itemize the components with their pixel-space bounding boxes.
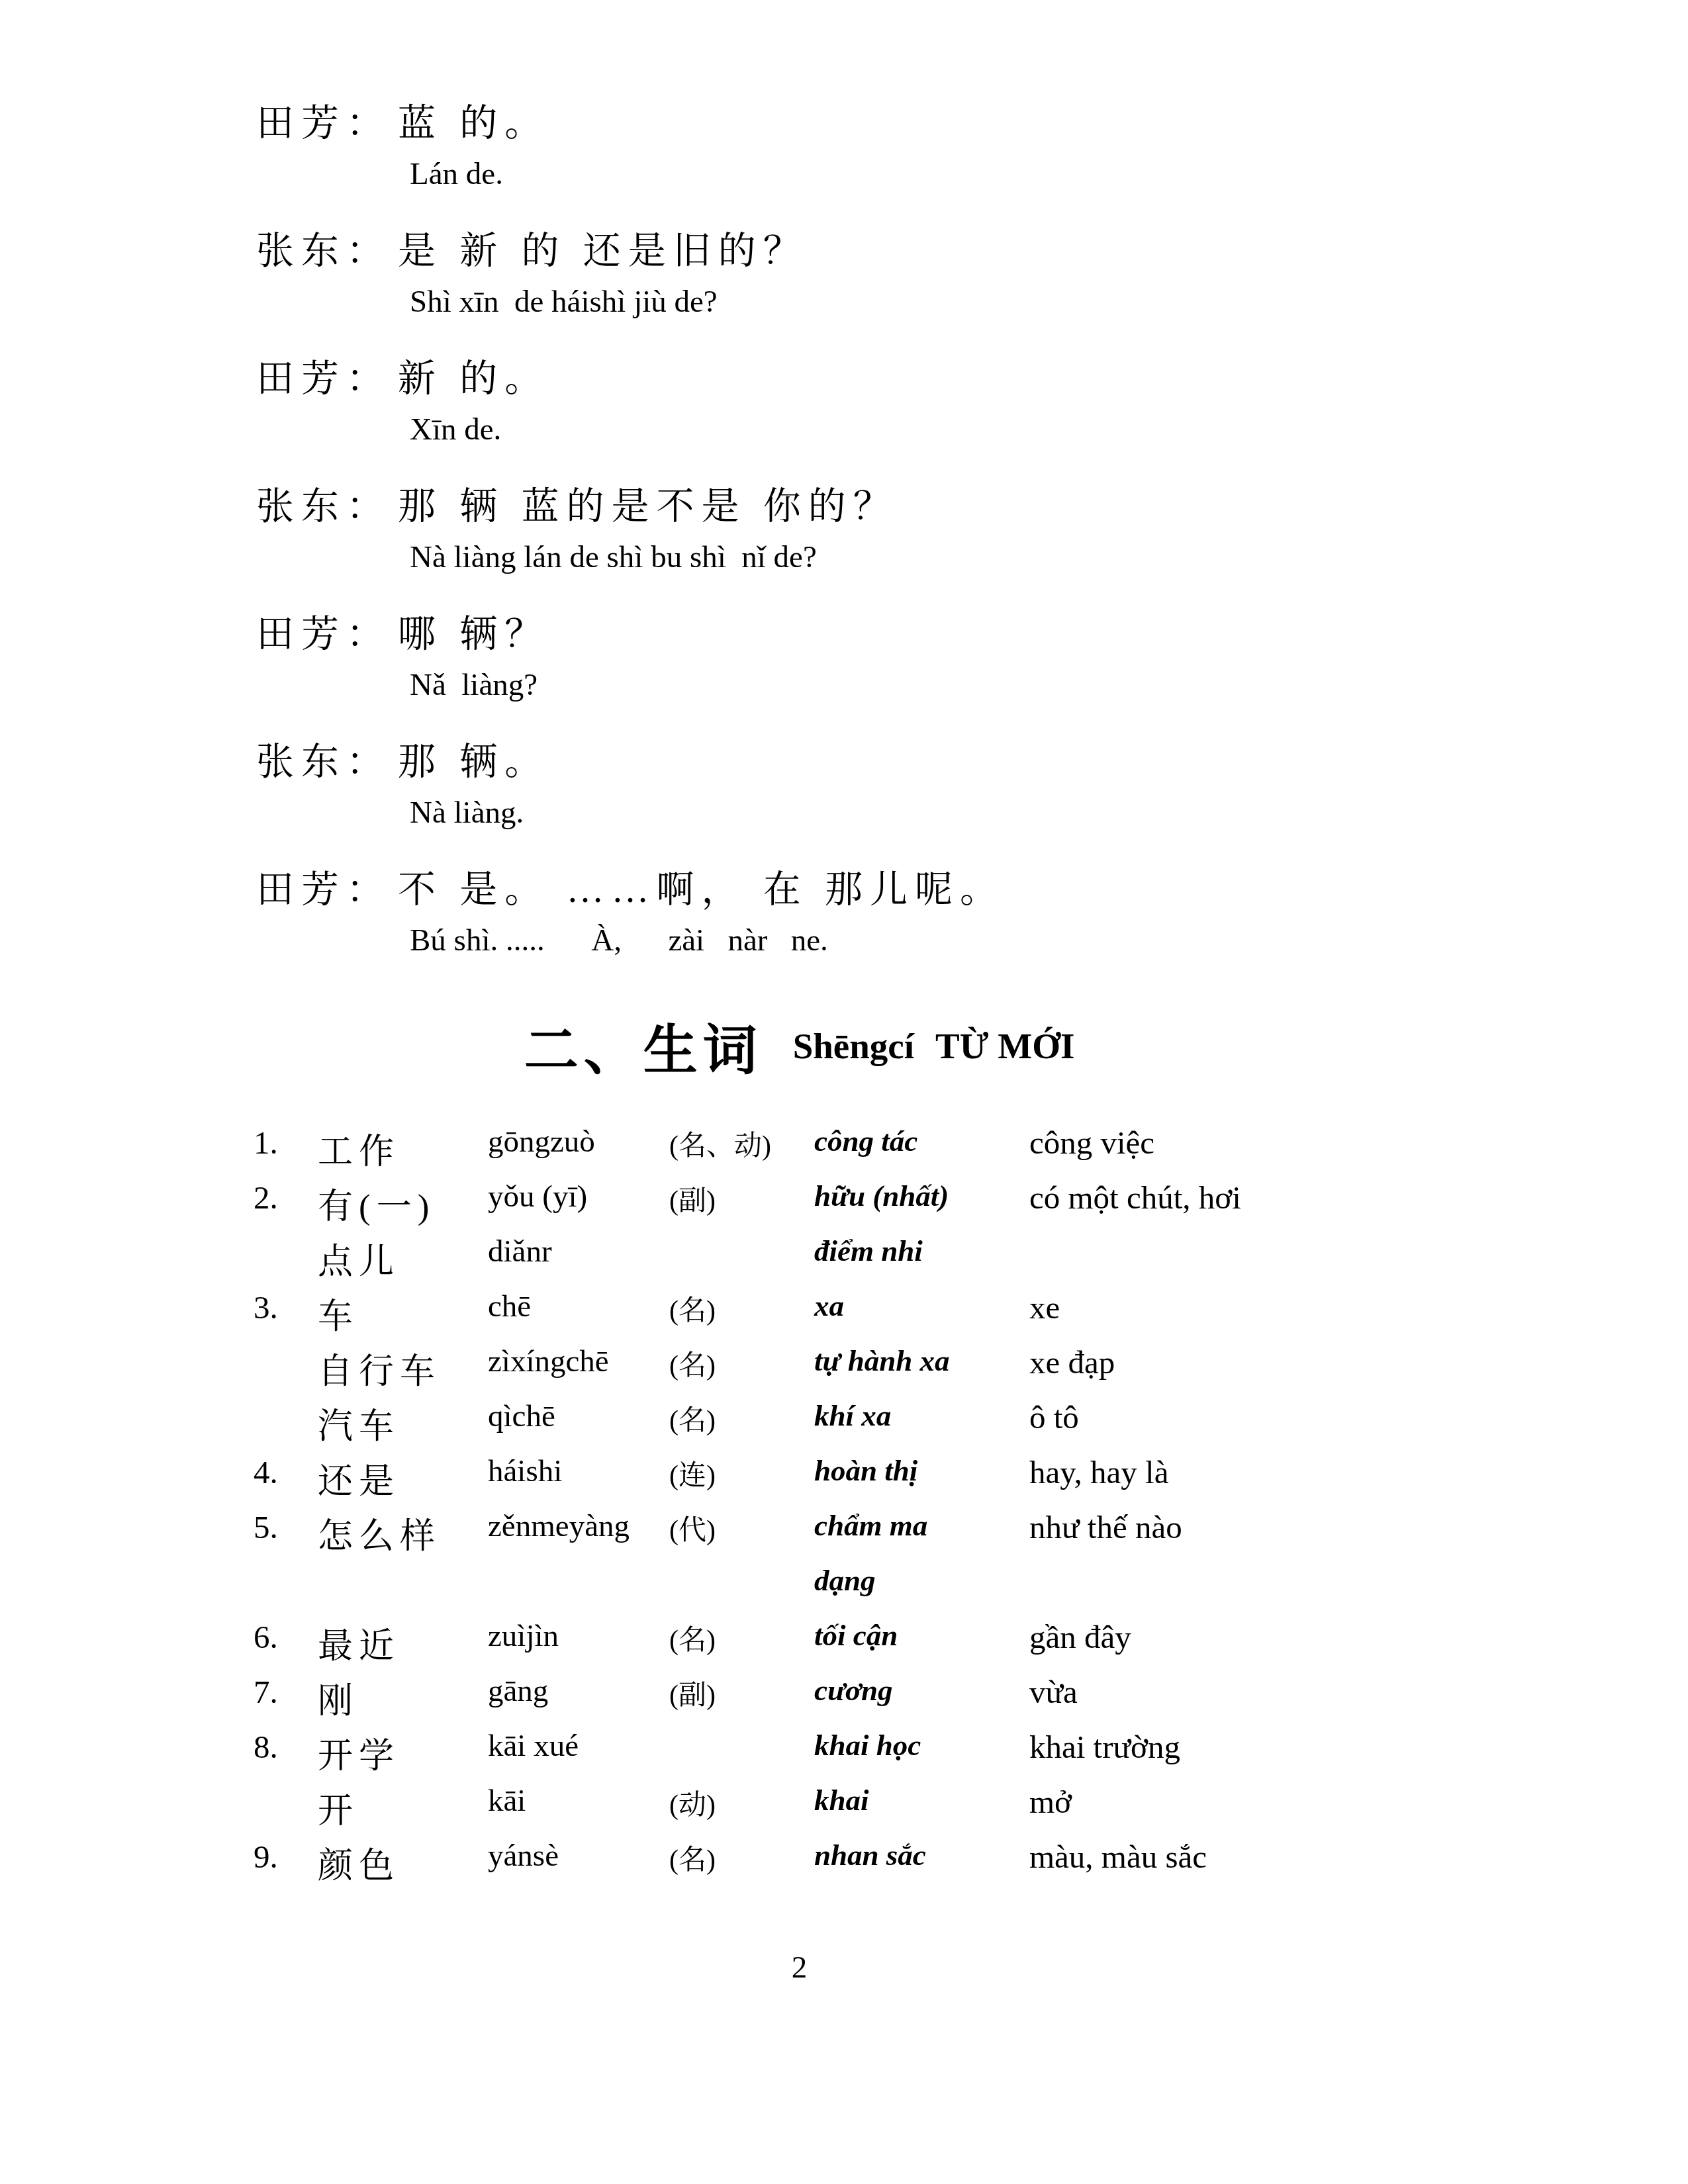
vocab-meaning: khai trường bbox=[1029, 1728, 1180, 1766]
vocab-row: 开kāi(动)khaimở bbox=[248, 1783, 1350, 1838]
vocab-pinyin: qìchē bbox=[488, 1398, 555, 1434]
vocab-pos: (副) bbox=[669, 1673, 716, 1713]
vocab-word: 还是 bbox=[318, 1453, 400, 1504]
vocab-row: 6.最近zuìjìn(名)tối cậngần đây bbox=[248, 1618, 1350, 1673]
vocab-row: 汽车qìchē(名)khí xaô tô bbox=[248, 1398, 1350, 1453]
vocab-list: 1.工作gōngzuò(名、动)công táccông việc2.有(一)y… bbox=[248, 1124, 1350, 1893]
vocab-sino-vietnamese: xa bbox=[814, 1289, 844, 1323]
vocab-sino-vietnamese: công tác bbox=[814, 1124, 917, 1158]
vocab-word: 开 bbox=[318, 1783, 359, 1833]
vocab-pinyin: diǎnr bbox=[488, 1234, 552, 1269]
vocab-pinyin: yǒu (yī) bbox=[488, 1179, 587, 1214]
vocab-pinyin: háishi bbox=[488, 1453, 562, 1489]
vocab-pos: (连) bbox=[669, 1453, 716, 1493]
speaker-label: 张东： bbox=[256, 476, 398, 530]
dialogue-hanzi-line: 田芳：新 的。 bbox=[256, 348, 549, 402]
vocab-pinyin: zuìjìn bbox=[488, 1618, 559, 1654]
vocab-pinyin: zìxíngchē bbox=[488, 1343, 609, 1379]
vocab-pos: (代) bbox=[669, 1508, 716, 1548]
vocab-pinyin: gōngzuò bbox=[488, 1124, 595, 1160]
vocab-meaning: hay, hay là bbox=[1029, 1453, 1168, 1491]
vocab-number: 3. bbox=[254, 1289, 278, 1326]
vocab-number: 5. bbox=[254, 1508, 278, 1546]
speaker-label: 田芳： bbox=[256, 348, 398, 402]
vocab-sino-vietnamese: dạng bbox=[814, 1563, 876, 1598]
vocab-sino-vietnamese: nhan sắc bbox=[814, 1838, 926, 1872]
vocab-sino-vietnamese: tự hành xa bbox=[814, 1343, 950, 1378]
vocab-meaning: ô tô bbox=[1029, 1398, 1079, 1436]
dialogue-line: 张东：是 新 的 还是旧的？Shì xīn de háishì jiù de? bbox=[248, 220, 1350, 348]
vocab-sino-vietnamese: cương bbox=[814, 1673, 893, 1707]
vocab-row: 8.开学kāi xuékhai họckhai trường bbox=[248, 1728, 1350, 1783]
vocab-pinyin: zěnmeyàng bbox=[488, 1508, 630, 1544]
vocab-word: 车 bbox=[318, 1289, 359, 1339]
speaker-label: 张东： bbox=[256, 731, 398, 786]
vocab-pos: (名) bbox=[669, 1398, 716, 1438]
vocab-pinyin: yánsè bbox=[488, 1838, 559, 1874]
vocab-number: 9. bbox=[254, 1838, 278, 1876]
speaker-label: 张东： bbox=[256, 220, 398, 275]
dialogue-hanzi-text: 哪 辆？ bbox=[398, 614, 549, 655]
dialogue-hanzi-text: 蓝 的。 bbox=[398, 103, 549, 144]
vocab-pinyin: gāng bbox=[488, 1673, 548, 1709]
vocab-meaning: mở bbox=[1029, 1783, 1072, 1821]
dialogue-pinyin-text: Bú shì. ..... À, zài nàr ne. bbox=[410, 923, 828, 958]
dialogue-pinyin-text: Nǎ liàng? bbox=[410, 667, 538, 703]
vocab-word: 点儿 bbox=[318, 1234, 400, 1284]
vocab-word: 最近 bbox=[318, 1618, 400, 1668]
section-heading-vietnamese: TỪ MỚI bbox=[935, 1026, 1074, 1066]
speaker-label: 田芳： bbox=[256, 93, 398, 147]
vocab-sino-vietnamese: khai học bbox=[814, 1728, 921, 1762]
vocab-sino-vietnamese: khí xa bbox=[814, 1398, 891, 1433]
vocab-number: 6. bbox=[254, 1618, 278, 1656]
vocab-pinyin: kāi bbox=[488, 1783, 526, 1819]
vocab-number: 2. bbox=[254, 1179, 278, 1216]
vocab-pinyin: kāi xué bbox=[488, 1728, 579, 1764]
vocab-row: 2.有(一)yǒu (yī)(副)hữu (nhất)có một chút, … bbox=[248, 1179, 1350, 1234]
vocab-sino-vietnamese: hữu (nhất) bbox=[814, 1179, 949, 1213]
page-number: 2 bbox=[248, 1950, 1350, 1985]
vocab-pos: (名) bbox=[669, 1289, 716, 1328]
dialogue-hanzi-text: 新 的。 bbox=[398, 358, 549, 400]
dialogue-hanzi-line: 张东：那 辆。 bbox=[256, 731, 549, 786]
dialogue-pinyin-text: Nà liàng. bbox=[410, 795, 524, 831]
vocab-pos: (名) bbox=[669, 1838, 716, 1878]
vocab-word: 怎么样 bbox=[318, 1508, 441, 1559]
vocab-row: 5.怎么样zěnmeyàng(代)chẩm manhư thế nào bbox=[248, 1508, 1350, 1563]
dialogue-line: 张东：那 辆 蓝的是不是 你的？Nà liàng lán de shì bu s… bbox=[248, 476, 1350, 604]
dialogue-hanzi-text: 那 辆 蓝的是不是 你的？ bbox=[398, 486, 898, 527]
vocab-word: 有(一) bbox=[318, 1179, 435, 1229]
vocab-sino-vietnamese: hoàn thị bbox=[814, 1453, 917, 1488]
speaker-label: 田芳： bbox=[256, 604, 398, 658]
vocab-sino-vietnamese: khai bbox=[814, 1783, 869, 1817]
vocab-pinyin: chē bbox=[488, 1289, 531, 1324]
vocab-word: 颜色 bbox=[318, 1838, 400, 1888]
vocab-number: 4. bbox=[254, 1453, 278, 1491]
textbook-page: { "dialogue": [ { "speaker": "田芳：", "han… bbox=[0, 0, 1688, 2184]
vocab-pos: (名、动) bbox=[669, 1124, 771, 1163]
vocab-meaning: như thế nào bbox=[1029, 1508, 1182, 1546]
vocab-sino-vietnamese: chẩm ma bbox=[814, 1508, 927, 1543]
dialogue-hanzi-line: 张东：那 辆 蓝的是不是 你的？ bbox=[256, 476, 898, 530]
section-heading-chinese: 二、生词 bbox=[524, 1019, 763, 1082]
vocab-pos: (名) bbox=[669, 1618, 716, 1658]
vocab-meaning: có một chút, hơi bbox=[1029, 1179, 1241, 1216]
dialogue-pinyin-text: Lán de. bbox=[410, 156, 503, 192]
dialogue-hanzi-text: 不 是。 ……啊， 在 那儿呢。 bbox=[398, 869, 1005, 911]
vocab-pos: (名) bbox=[669, 1343, 716, 1383]
vocab-sino-vietnamese: tối cận bbox=[814, 1618, 898, 1653]
vocab-pos: (副) bbox=[669, 1179, 716, 1218]
dialogue-hanzi-line: 张东：是 新 的 还是旧的？ bbox=[256, 220, 808, 275]
vocab-number: 1. bbox=[254, 1124, 278, 1161]
vocab-word: 开学 bbox=[318, 1728, 400, 1778]
dialogue-hanzi-line: 田芳：哪 辆？ bbox=[256, 604, 549, 658]
vocab-word: 刚 bbox=[318, 1673, 359, 1723]
section-heading-pinyin: Shēngcí bbox=[793, 1026, 914, 1066]
dialogue-line: 田芳：新 的。Xīn de. bbox=[248, 348, 1350, 476]
vocab-meaning: màu, màu sắc bbox=[1029, 1838, 1207, 1876]
dialogue-hanzi-text: 是 新 的 还是旧的？ bbox=[398, 230, 808, 272]
section-heading: 二、生词 Shēngcí TỪ MỚI bbox=[248, 1007, 1350, 1085]
vocab-meaning: vừa bbox=[1029, 1673, 1078, 1711]
vocab-meaning: xe đạp bbox=[1029, 1343, 1115, 1381]
vocab-word: 自行车 bbox=[318, 1343, 441, 1394]
speaker-label: 田芳： bbox=[256, 859, 398, 913]
vocab-row: 9.颜色yánsè(名)nhan sắcmàu, màu sắc bbox=[248, 1838, 1350, 1893]
dialogue-line: 田芳：不 是。 ……啊， 在 那儿呢。Bú shì. ..... À, zài … bbox=[248, 859, 1350, 987]
vocab-meaning: xe bbox=[1029, 1289, 1060, 1326]
vocab-row: 7.刚gāng(副)cươngvừa bbox=[248, 1673, 1350, 1728]
vocab-pos: (动) bbox=[669, 1783, 716, 1823]
vocab-sino-vietnamese: điểm nhi bbox=[814, 1234, 923, 1268]
vocab-row: 1.工作gōngzuò(名、动)công táccông việc bbox=[248, 1124, 1350, 1179]
vocab-word: 汽车 bbox=[318, 1398, 400, 1449]
vocab-number: 7. bbox=[254, 1673, 278, 1711]
dialogue-pinyin-text: Xīn de. bbox=[410, 412, 501, 447]
dialogue-line: 田芳：蓝 的。Lán de. bbox=[248, 93, 1350, 220]
vocab-row: 4.还是háishi(连)hoàn thịhay, hay là bbox=[248, 1453, 1350, 1508]
vocab-meaning: công việc bbox=[1029, 1124, 1154, 1161]
dialogue-pinyin-text: Shì xīn de háishì jiù de? bbox=[410, 284, 718, 320]
vocab-row: 点儿diǎnrđiểm nhi bbox=[248, 1234, 1350, 1289]
page-content: 田芳：蓝 的。Lán de.张东：是 新 的 还是旧的？Shì xīn de h… bbox=[248, 0, 1350, 2184]
vocab-row: 3.车chē(名)xaxe bbox=[248, 1289, 1350, 1343]
dialogue: 田芳：蓝 的。Lán de.张东：是 新 的 还是旧的？Shì xīn de h… bbox=[248, 93, 1350, 987]
vocab-meaning: gần đây bbox=[1029, 1618, 1131, 1656]
dialogue-line: 张东：那 辆。Nà liàng. bbox=[248, 731, 1350, 859]
dialogue-hanzi-text: 那 辆。 bbox=[398, 741, 549, 783]
vocab-word: 工作 bbox=[318, 1124, 400, 1174]
dialogue-pinyin-text: Nà liàng lán de shì bu shì nǐ de? bbox=[410, 539, 817, 575]
dialogue-line: 田芳：哪 辆？Nǎ liàng? bbox=[248, 604, 1350, 731]
vocab-number: 8. bbox=[254, 1728, 278, 1766]
vocab-row: 自行车zìxíngchē(名)tự hành xaxe đạp bbox=[248, 1343, 1350, 1398]
dialogue-hanzi-line: 田芳：不 是。 ……啊， 在 那儿呢。 bbox=[256, 859, 1005, 913]
dialogue-hanzi-line: 田芳：蓝 的。 bbox=[256, 93, 549, 147]
vocab-row: dạng bbox=[248, 1563, 1350, 1618]
